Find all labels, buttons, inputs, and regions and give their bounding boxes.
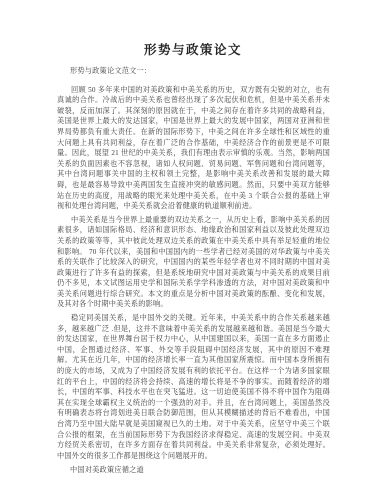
- document-body: 形势与政策论文范文一： 回顾 50 多年来中国的对美政策和中美关系的历史，双方既…: [57, 66, 330, 476]
- document-page: 形势与政策论文 形势与政策论文范文一： 回顾 50 多年来中国的对美政策和中美关…: [0, 0, 386, 500]
- paragraph-2: 中美关系是当今世界上最重要的双边关系之一，从历史上看，影响中美关系的因素很多，诸…: [57, 215, 330, 310]
- paragraph-1: 回顾 50 多年来中国的对美政策和中美关系的历史，双方既有尖锐的对立，也有真诚的…: [57, 85, 330, 212]
- closing-heading: 中国对美政策应循之道: [57, 465, 330, 476]
- document-title: 形势与政策论文: [0, 0, 386, 58]
- intro-line: 形势与政策论文范文一：: [57, 66, 330, 77]
- paragraph-3: 稳定同美国关系，是中国外交的关键。近年来，中美关系中的合作关系越来越多，越来越广…: [57, 313, 330, 461]
